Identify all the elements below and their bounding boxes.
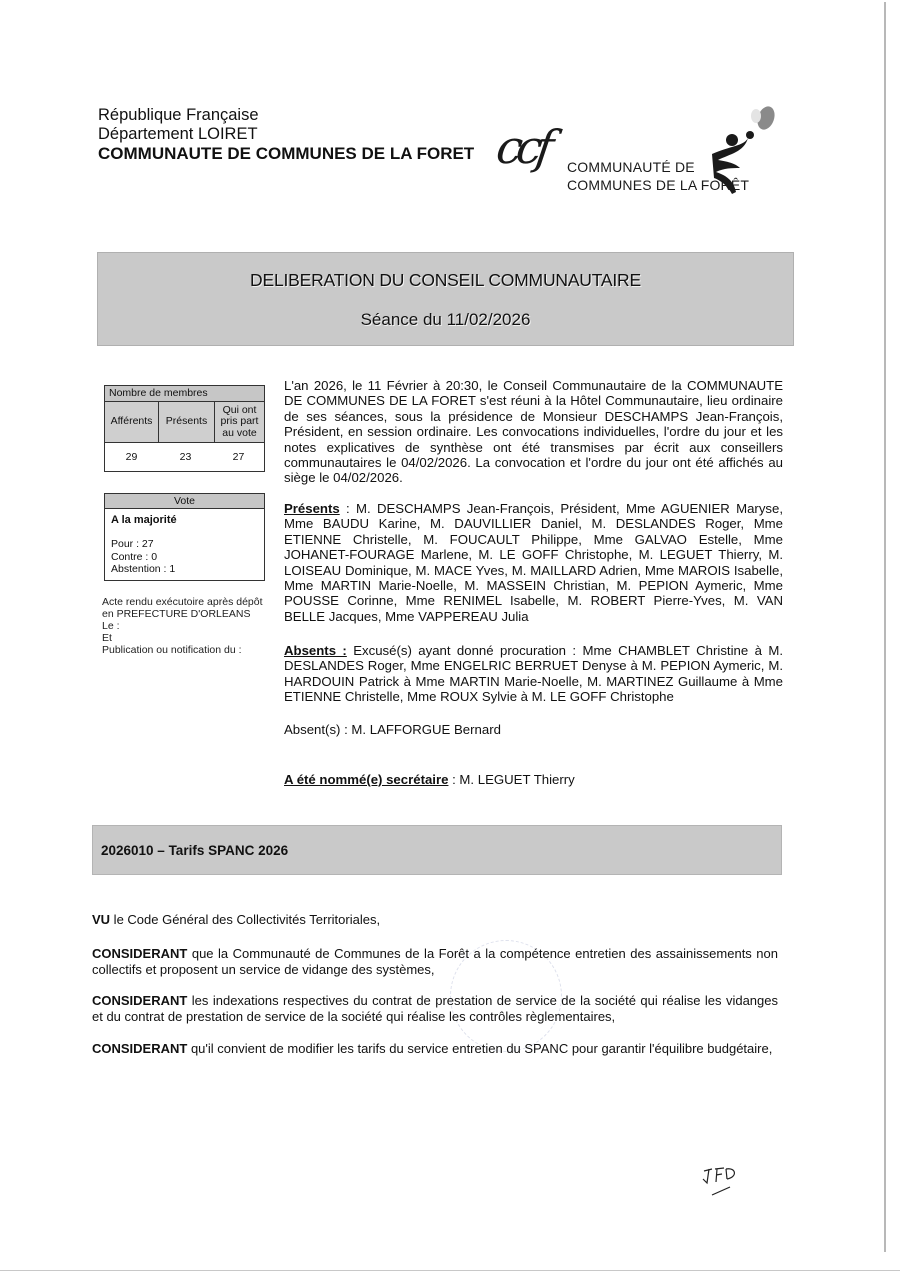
presents-label: Présents	[284, 501, 340, 516]
acte-line: Et	[102, 632, 263, 644]
considerant-lead: VU	[92, 912, 110, 927]
agenda-item-band: 2026010 – Tarifs SPANC 2026	[92, 825, 782, 875]
deliberation-title: DELIBERATION DU CONSEIL COMMUNAUTAIRE	[98, 270, 793, 291]
intro-paragraph: L'an 2026, le 11 Février à 20:30, le Con…	[284, 378, 783, 486]
members-table: Nombre de membres Afférents Présents Qui…	[104, 385, 265, 472]
acte-executoire: Acte rendu exécutoire après dépôt en PRE…	[102, 596, 263, 656]
session-date: Séance du 11/02/2026	[98, 310, 793, 330]
members-table-columns: Afférents Présents Qui ont pris part au …	[105, 402, 264, 443]
acte-line: Le :	[102, 620, 263, 632]
vote-counts: Pour : 27 Contre : 0 Abstention : 1	[105, 526, 264, 576]
vote-contre: Contre : 0	[111, 551, 264, 564]
vote-abstention: Abstention : 1	[111, 563, 264, 576]
considerant-paragraph: CONSIDERANT que la Communauté de Commune…	[92, 946, 778, 978]
considerant-paragraph: CONSIDERANT les indexations respectives …	[92, 993, 778, 1025]
absents-paragraph: Absents : Excusé(s) ayant donné procurat…	[284, 643, 783, 705]
republic-line: République Française	[98, 106, 478, 125]
logo-monogram: ccf	[493, 120, 551, 174]
considerant-text: le Code Général des Collectivités Territ…	[110, 912, 380, 927]
col-votants: Qui ont pris part au vote	[215, 402, 264, 442]
secretary-label: A été nommé(e) secrétaire	[284, 772, 448, 787]
considerant-lead: CONSIDERANT	[92, 993, 187, 1008]
members-table-values: 29 23 27	[105, 443, 264, 471]
presents-list: : M. DESCHAMPS Jean-François, Président,…	[284, 501, 783, 624]
acte-line: Publication ou notification du :	[102, 644, 263, 656]
vote-box: Vote A la majorité Pour : 27 Contre : 0 …	[104, 493, 265, 581]
scan-page-edge-bottom	[0, 1270, 900, 1271]
members-table-header: Nombre de membres	[105, 386, 264, 402]
acte-line: en PREFECTURE D'ORLEANS	[102, 608, 263, 620]
col-presents: Présents	[159, 402, 215, 442]
absent-line: Absent(s) : M. LAFFORGUE Bernard	[284, 722, 501, 737]
value-votants: 27	[213, 451, 264, 463]
considerant-text: les indexations respectives du contrat d…	[92, 993, 778, 1024]
absents-label: Absents :	[284, 643, 347, 658]
secretary-line: A été nommé(e) secrétaire : M. LEGUET Th…	[284, 772, 575, 787]
scan-page-edge	[884, 2, 886, 1252]
considerant-lead: CONSIDERANT	[92, 1041, 187, 1056]
agenda-item-title: 2026010 – Tarifs SPANC 2026	[101, 843, 288, 858]
issuer-header: République Française Département LOIRET …	[98, 106, 478, 164]
vote-pour: Pour : 27	[111, 538, 264, 551]
handwritten-initials	[700, 1165, 750, 1210]
department-line: Département LOIRET	[98, 125, 478, 144]
col-afferents: Afférents	[105, 402, 159, 442]
deliberation-banner: DELIBERATION DU CONSEIL COMMUNAUTAIRE Sé…	[97, 252, 794, 346]
absents-list: Excusé(s) ayant donné procuration : Mme …	[284, 643, 783, 704]
considerant-paragraph: CONSIDERANT qu'il convient de modifier l…	[92, 1041, 778, 1057]
initials-signature-icon	[700, 1165, 750, 1205]
presents-paragraph: Présents : M. DESCHAMPS Jean-François, P…	[284, 501, 783, 624]
ccf-logo: ccf COMMUNAUTÉ DE COMMUNES DE LA FORÊT	[495, 102, 795, 212]
runner-figure-icon	[710, 102, 790, 202]
organization-name: COMMUNAUTE DE COMMUNES DE LA FORET	[98, 144, 478, 164]
considerant-paragraph: VU le Code Général des Collectivités Ter…	[92, 912, 778, 928]
vote-header: Vote	[105, 494, 264, 509]
value-afferents: 29	[105, 451, 158, 463]
considerant-text: que la Communauté de Communes de la Forê…	[92, 946, 778, 977]
considerant-text: qu'il convient de modifier les tarifs du…	[187, 1041, 772, 1056]
secretary-name: : M. LEGUET Thierry	[448, 772, 574, 787]
value-presents: 23	[158, 451, 213, 463]
vote-result: A la majorité	[105, 509, 264, 526]
considerant-lead: CONSIDERANT	[92, 946, 187, 961]
acte-line: Acte rendu exécutoire après dépôt	[102, 596, 263, 608]
